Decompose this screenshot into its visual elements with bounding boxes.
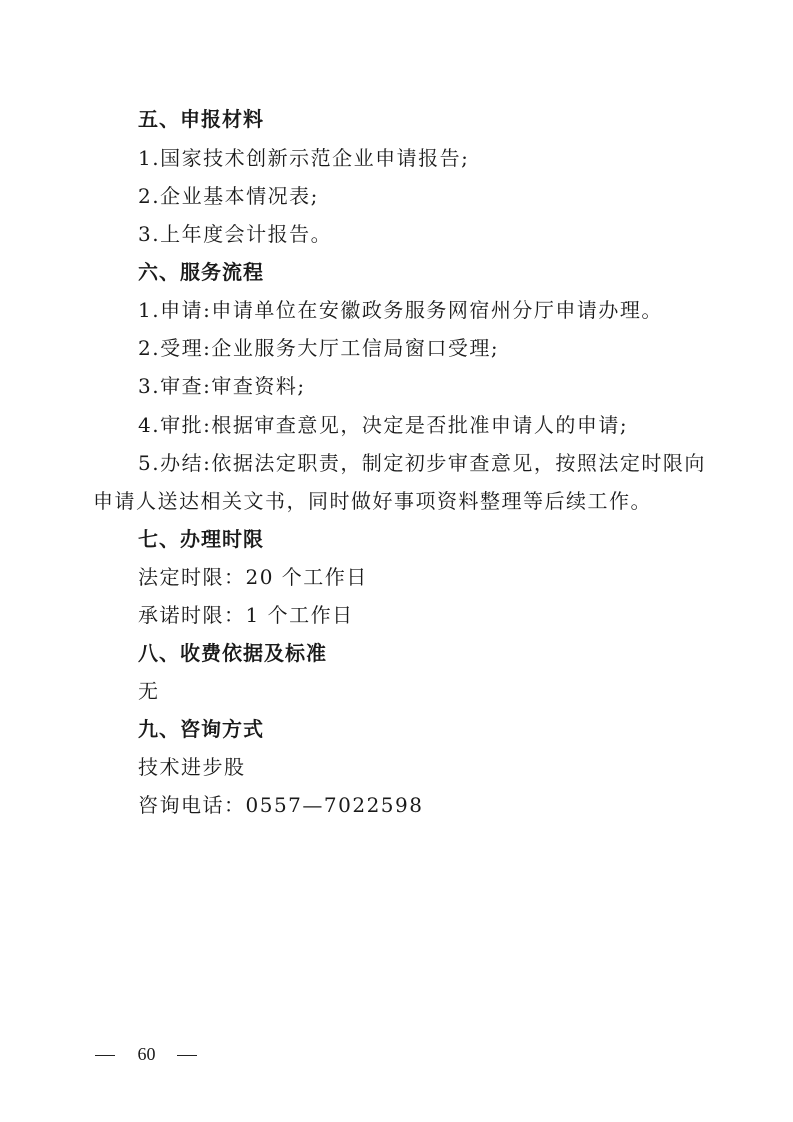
process-step-4: 4.审批:根据审查意见，决定是否批准申请人的申请;	[138, 413, 628, 437]
material-item-1: 1.国家技术创新示范企业申请报告;	[138, 146, 469, 170]
process-step-3: 3.审查:审查资料;	[138, 374, 306, 398]
section-heading-fees: 八、收费依据及标准	[138, 641, 327, 665]
statutory-time-limit: 法定时限：20 个工作日	[138, 565, 368, 589]
section-heading-time-limit: 七、办理时限	[138, 527, 264, 551]
section-heading-process: 六、服务流程	[138, 260, 264, 284]
process-step-1: 1.申请:申请单位在安徽政务服务网宿州分厅申请办理。	[138, 298, 663, 322]
contact-phone: 咨询电话：0557—7022598	[138, 793, 423, 817]
section-heading-contact: 九、咨询方式	[138, 717, 264, 741]
material-item-2: 2.企业基本情况表;	[138, 184, 319, 208]
document-page: 五、申报材料 1.国家技术创新示范企业申请报告; 2.企业基本情况表; 3.上年…	[0, 0, 793, 1122]
promised-time-limit: 承诺时限：1 个工作日	[138, 603, 354, 627]
page-number: 60	[138, 1043, 156, 1065]
page-footer: 60	[95, 1043, 197, 1065]
contact-department: 技术进步股	[138, 755, 246, 779]
footer-dash-right	[177, 1055, 197, 1056]
process-step-2: 2.受理:企业服务大厅工信局窗口受理;	[138, 336, 499, 360]
section-heading-materials: 五、申报材料	[138, 107, 264, 131]
process-step-5-continued: 申请人送达相关文书，同时做好事项资料整理等后续工作。	[93, 489, 652, 513]
process-step-5: 5.办结:依据法定职责，制定初步审查意见，按照法定时限向	[138, 451, 706, 475]
footer-dash-left	[95, 1055, 115, 1056]
fees-value: 无	[138, 679, 160, 703]
material-item-3: 3.上年度会计报告。	[138, 222, 332, 246]
